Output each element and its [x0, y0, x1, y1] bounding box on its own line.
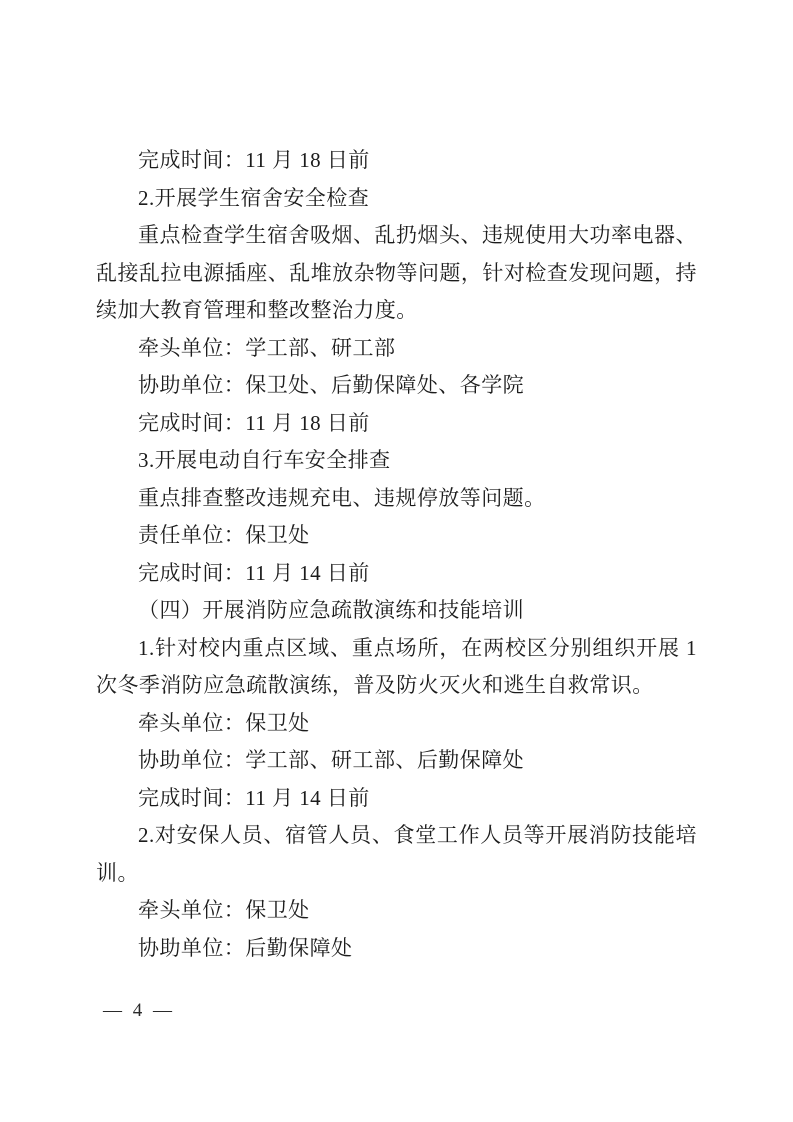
document-page: 完成时间：11 月 18 日前2.开展学生宿舍安全检查重点检查学生宿舍吸烟、乱扔…: [0, 0, 793, 1122]
paragraph: （四）开展消防应急疏散演练和技能培训: [96, 592, 697, 630]
paragraph: 牵头单位：学工部、研工部: [96, 330, 697, 368]
paragraph: 重点检查学生宿舍吸烟、乱扔烟头、违规使用大功率电器、乱接乱拉电源插座、乱堆放杂物…: [96, 217, 697, 330]
page-number: — 4 —: [103, 1000, 175, 1022]
paragraph: 3.开展电动自行车安全排查: [96, 442, 697, 480]
paragraph: 2.对安保人员、宿管人员、食堂工作人员等开展消防技能培训。: [96, 817, 697, 892]
paragraph: 牵头单位：保卫处: [96, 892, 697, 930]
paragraph: 重点排查整改违规充电、违规停放等问题。: [96, 480, 697, 518]
paragraph: 牵头单位：保卫处: [96, 705, 697, 743]
paragraph: 1.针对校内重点区域、重点场所，在两校区分别组织开展 1 次冬季消防应急疏散演练…: [96, 630, 697, 705]
paragraph: 责任单位：保卫处: [96, 517, 697, 555]
paragraph: 协助单位：后勤保障处: [96, 930, 697, 968]
paragraph: 完成时间：11 月 18 日前: [96, 142, 697, 180]
paragraph: 完成时间：11 月 14 日前: [96, 555, 697, 593]
paragraph: 完成时间：11 月 14 日前: [96, 780, 697, 818]
paragraph: 协助单位：学工部、研工部、后勤保障处: [96, 742, 697, 780]
paragraph: 协助单位：保卫处、后勤保障处、各学院: [96, 367, 697, 405]
paragraph: 2.开展学生宿舍安全检查: [96, 180, 697, 218]
document-body: 完成时间：11 月 18 日前2.开展学生宿舍安全检查重点检查学生宿舍吸烟、乱扔…: [96, 142, 697, 967]
paragraph: 完成时间：11 月 18 日前: [96, 405, 697, 443]
